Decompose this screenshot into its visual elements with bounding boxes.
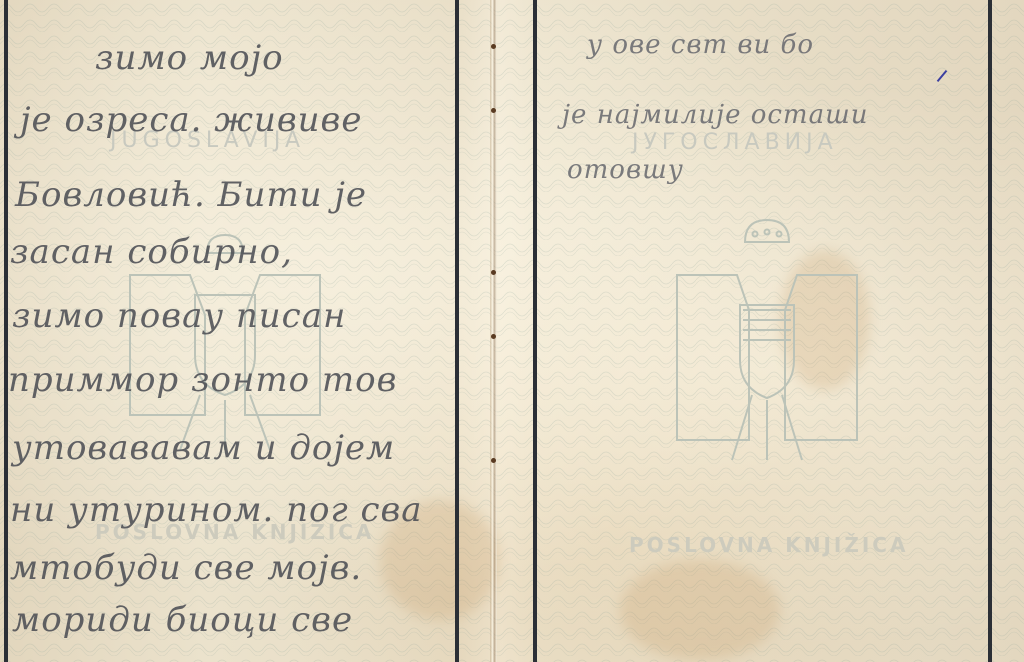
booklet-spread: JUGOSLAVIJA POSLOVNA KNJIŽICA зимо мојо … <box>0 0 1024 662</box>
handwriting-line: мтобуди све мојв. <box>10 548 362 588</box>
handwriting-line: зимо повау писан <box>12 296 346 336</box>
stitch-hole <box>491 44 496 49</box>
handwriting-line: у ове свт ви бо <box>587 30 814 60</box>
page-rule-line <box>455 0 459 662</box>
stitch-hole <box>491 108 496 113</box>
stitch-hole <box>491 270 496 275</box>
handwriting-line: ни утурином. пог сва <box>10 490 423 530</box>
stitch-hole <box>491 334 496 339</box>
handwriting-line: Бовловић. Бити је <box>15 175 367 215</box>
handwriting-line: утовававам и дојем <box>12 428 395 468</box>
stitch-hole <box>491 458 496 463</box>
ink-mark <box>937 70 948 82</box>
handwriting-line: зимо мојо <box>95 38 284 78</box>
handwriting-line: је озреса. жививе <box>20 100 362 140</box>
handwriting-line: отовшу <box>567 155 684 185</box>
eagle-emblem-icon <box>657 210 877 480</box>
page-rule-line <box>4 0 8 662</box>
watermark-title: ЈУГОСЛАВИЈА <box>632 130 838 155</box>
handwriting-line: засан собирно, <box>10 232 293 272</box>
handwriting-line: је најмилије осташи <box>562 100 868 130</box>
watermark-subtitle: POSLOVNA KNJIŽICA <box>629 533 908 557</box>
left-page: JUGOSLAVIJA POSLOVNA KNJIŽICA зимо мојо … <box>0 0 490 662</box>
handwriting-line: мориди биоци све <box>12 600 353 640</box>
right-page: ЈУГОСЛАВИЈА POSLOVNA KNJIŽICA у ове свт … <box>497 0 1024 662</box>
booklet-spine <box>490 0 497 662</box>
handwriting-line: приммор зонто тов <box>8 360 397 400</box>
